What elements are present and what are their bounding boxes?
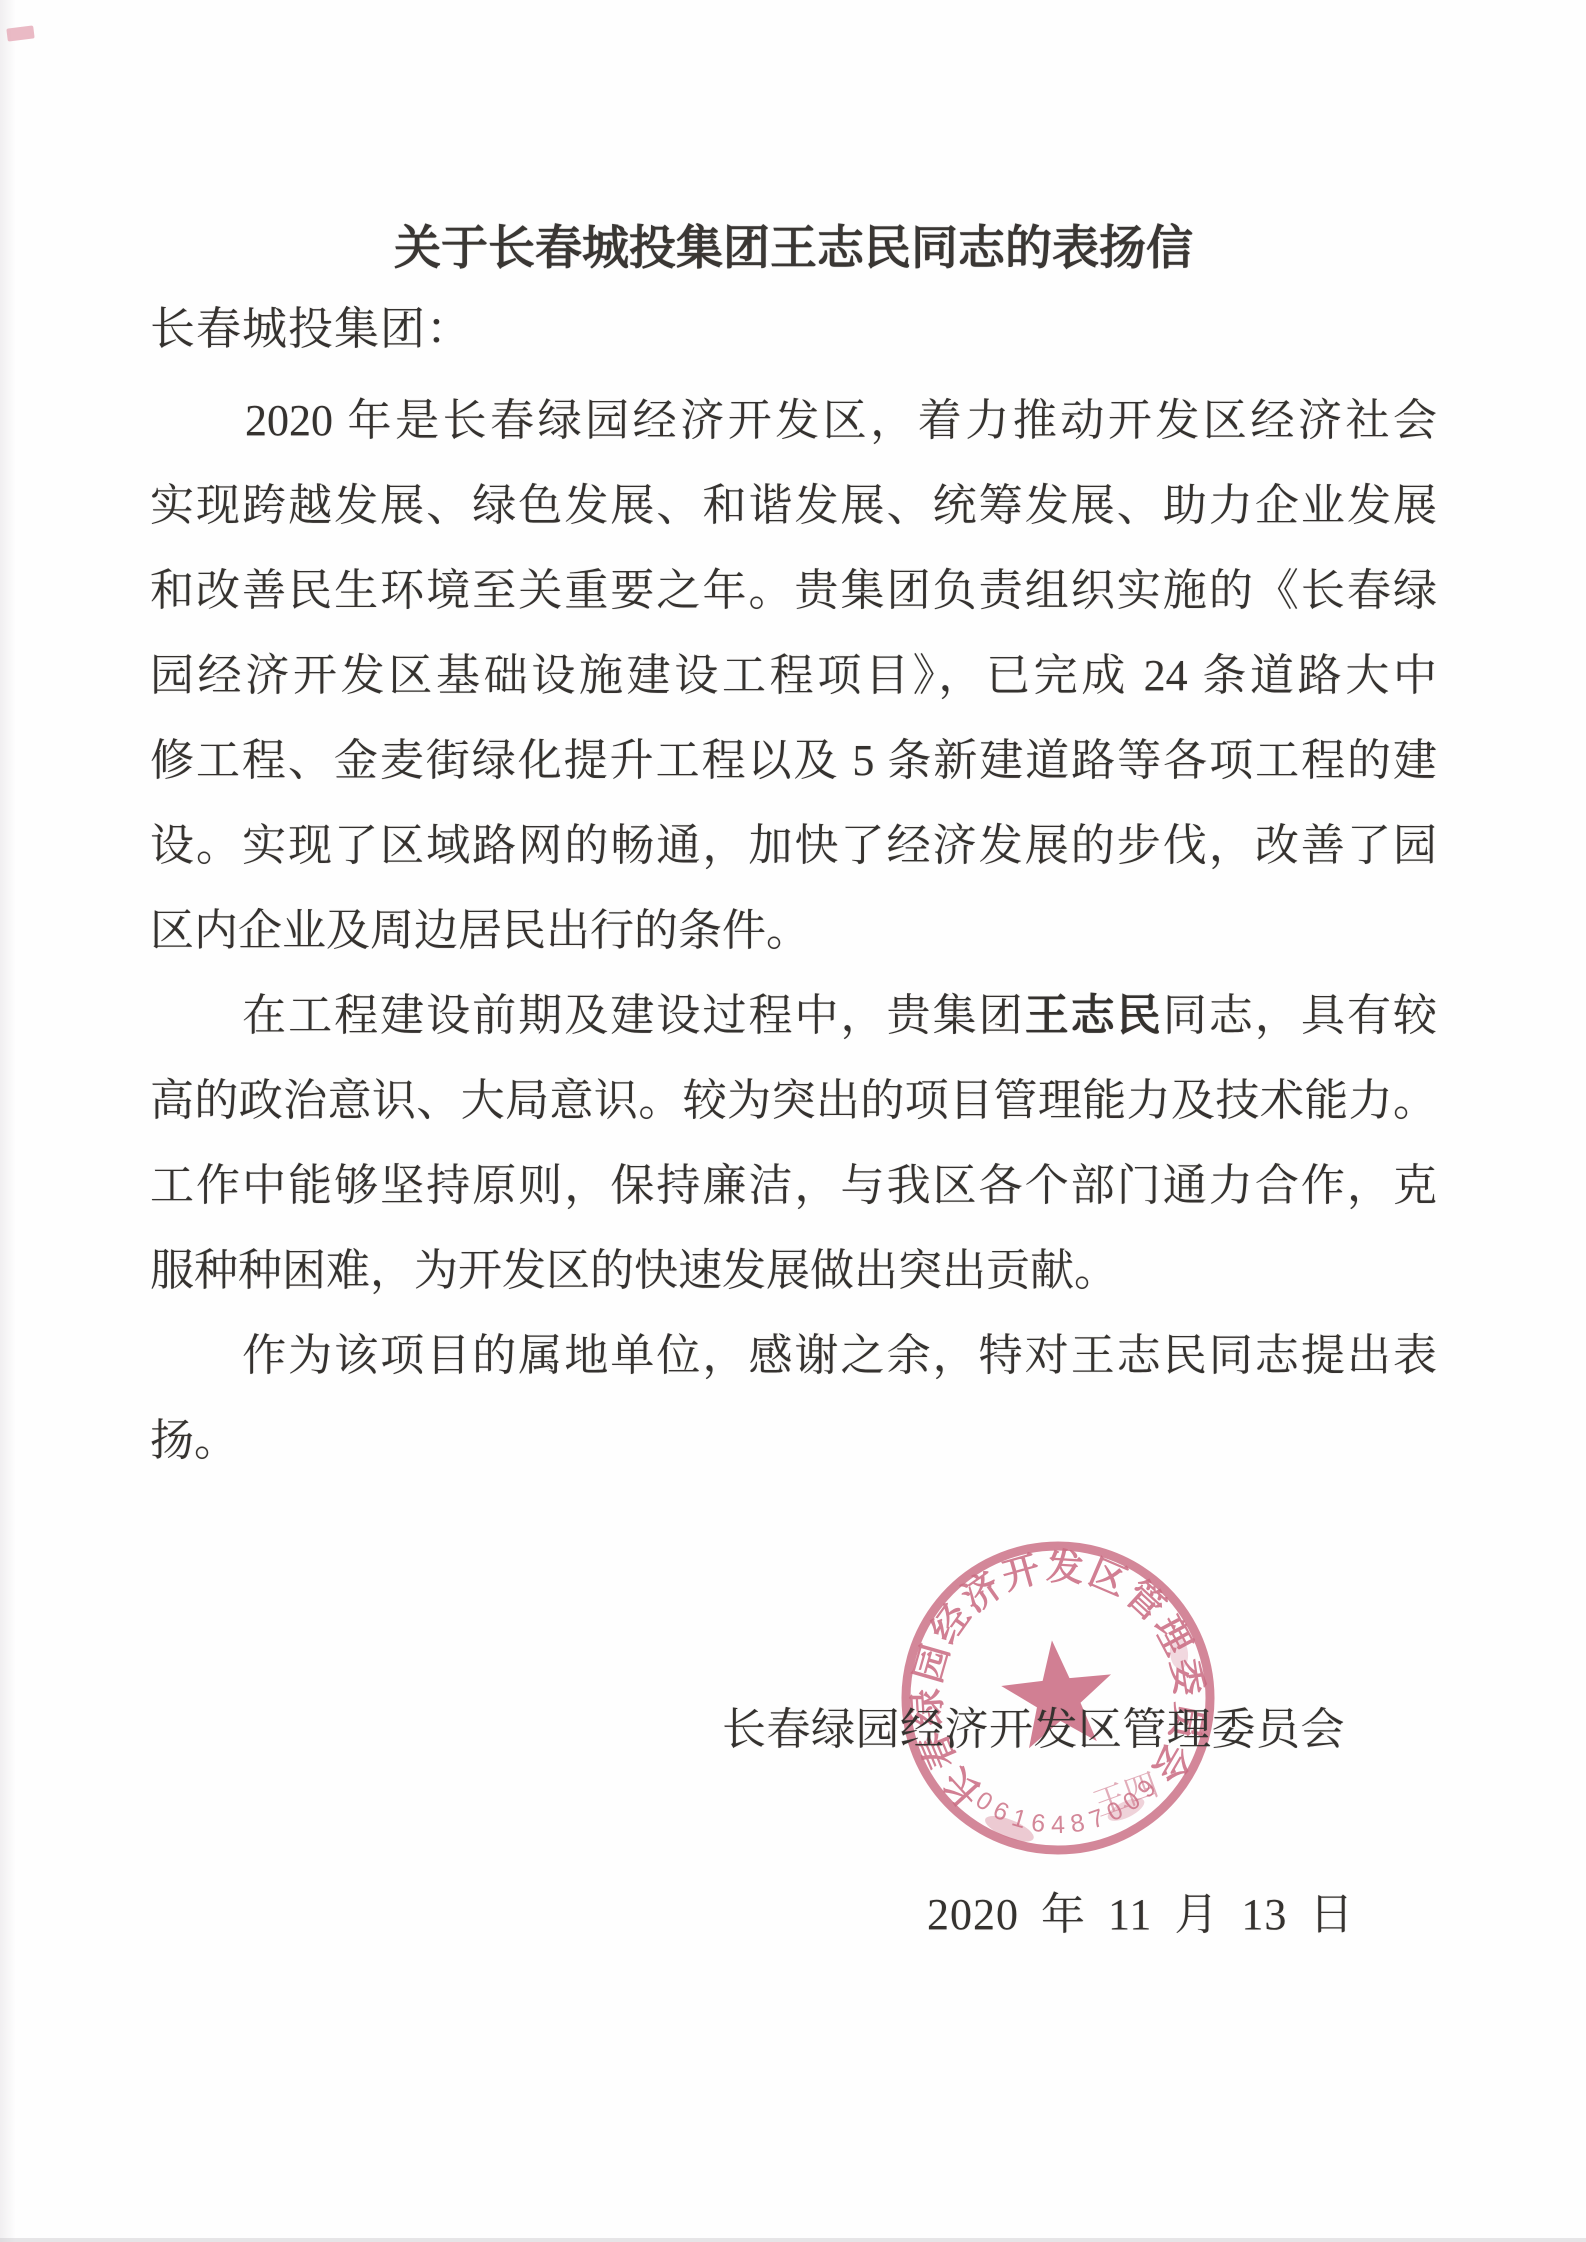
body-line: 和改善民生环境至关重要之年。贵集团负责组织实施的《长春绿 bbox=[150, 548, 1437, 633]
body-line: 服种种困难，为开发区的快速发展做出突出贡献。 bbox=[150, 1228, 1437, 1313]
body-line: 区内企业及周边居民出行的条件。 bbox=[150, 888, 1437, 973]
letter-date: 2020 年 11 月 13 日 bbox=[927, 1886, 1354, 1944]
scan-bottom-edge bbox=[0, 2238, 1586, 2242]
body-line: 修工程、金麦街绿化提升工程以及 5 条新建道路等各项工程的建 bbox=[150, 718, 1437, 803]
letter-page: 关于长春城投集团王志民同志的表扬信 长春城投集团： 2020 年是长春绿园经济开… bbox=[0, 0, 1586, 2242]
letter-body: 2020 年是长春绿园经济开发区，着力推动开发区经济社会 实现跨越发展、绿色发展… bbox=[150, 378, 1437, 1483]
body-line: 园经济开发区基础设施建设工程项目》，已完成 24 条道路大中 bbox=[150, 633, 1437, 718]
commended-person-name: 王志民 bbox=[1025, 991, 1163, 1040]
body-line: 在工程建设前期及建设过程中，贵集团王志民同志，具有较 bbox=[150, 973, 1437, 1058]
body-line: 实现跨越发展、绿色发展、和谐发展、统筹发展、助力企业发展 bbox=[150, 463, 1437, 548]
scan-edge-artifact bbox=[0, 0, 16, 2242]
body-line: 高的政治意识、大局意识。较为突出的项目管理能力及技术能力。 bbox=[150, 1058, 1437, 1143]
body-line: 作为该项目的属地单位，感谢之余，特对王志民同志提出表 bbox=[150, 1313, 1437, 1398]
scan-corner-mark bbox=[6, 25, 34, 41]
issuer-signature: 长春绿园经济开发区管理委员会 bbox=[722, 1700, 1345, 1760]
body-line: 设。实现了区域路网的畅通，加快了经济发展的步伐，改善了园 bbox=[150, 803, 1437, 888]
body-line: 扬。 bbox=[150, 1398, 1437, 1483]
body-line: 2020 年是长春绿园经济开发区，着力推动开发区经济社会 bbox=[150, 378, 1437, 463]
letter-title: 关于长春城投集团王志民同志的表扬信 bbox=[150, 218, 1437, 278]
official-seal: 长春绿园经济开发区管理委员会 0616487009 王四 bbox=[878, 1518, 1238, 1878]
body-line: 工作中能够坚持原则，保持廉洁，与我区各个部门通力合作，克 bbox=[150, 1143, 1437, 1228]
salutation: 长春城投集团： bbox=[150, 300, 472, 358]
